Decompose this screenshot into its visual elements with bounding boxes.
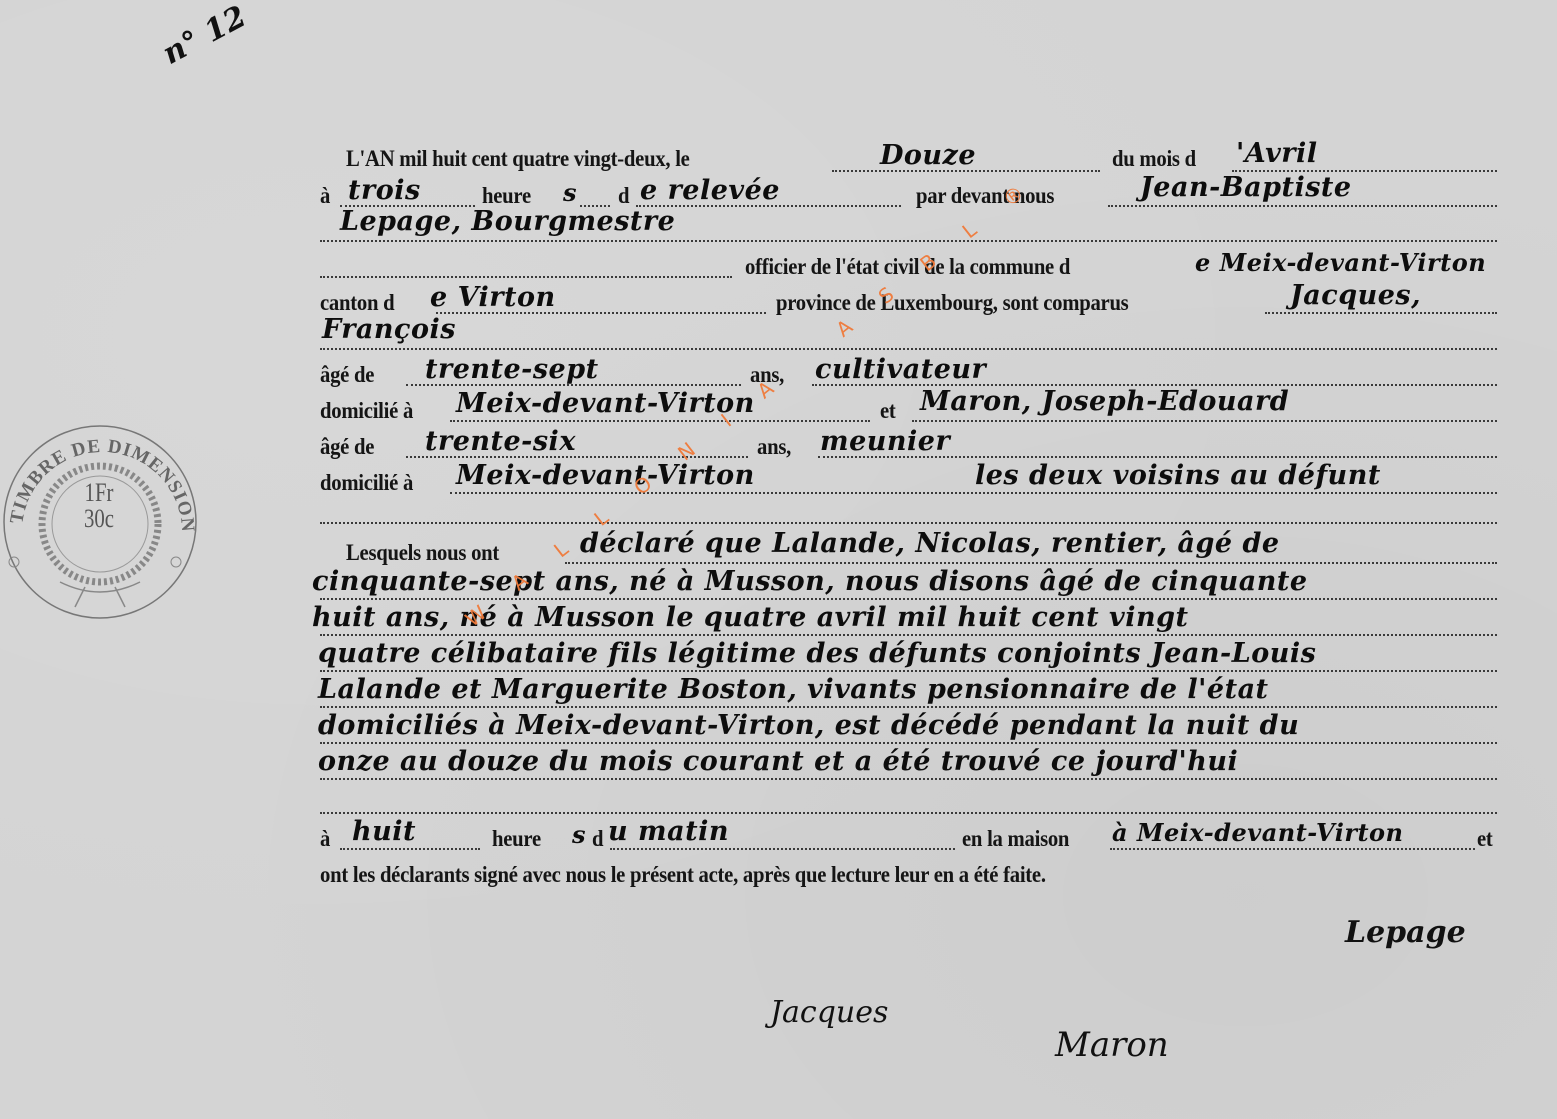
printed-text: canton d [320,290,394,316]
fill-line [1265,312,1497,314]
fill-line [565,562,1497,564]
fill-line [1110,848,1475,850]
fill-line [320,276,732,278]
fill-line [1108,205,1497,207]
handwritten-officer-firstname: Jean-Baptiste [1140,172,1352,203]
stamp-francs: 1Fr [71,480,127,506]
fill-line [912,420,1497,422]
handwritten-declaration: déclaré que Lalande, Nicolas, rentier, â… [580,528,1280,559]
printed-text: et [880,398,896,424]
printed-text: d [592,826,603,852]
handwritten-declarant1-age: trente-sept [425,354,599,385]
printed-text: à [320,826,330,852]
handwritten-relationship: les deux voisins au défunt [975,460,1381,491]
fill-line [320,670,1497,672]
fill-line [610,848,955,850]
declarant2-signature: Maron [1055,1025,1169,1065]
fill-line [450,492,1497,494]
handwritten-period: e relevée [640,175,780,206]
printed-text: en la maison [962,826,1069,852]
handwritten-declarant2-domicile: Meix-devant-Virton [456,460,755,491]
fill-line [320,742,1497,744]
handwritten-time-of-day: u matin [608,816,729,847]
handwritten-hour: huit [352,816,416,847]
printed-text: domicilié à [320,398,413,424]
handwritten-declarant1-profession: cultivateur [815,354,986,385]
handwritten-hour: trois [348,175,421,206]
handwritten-narrative: cinquante-sept ans, né à Musson, nous di… [312,566,1308,597]
handwritten-narrative: Lalande et Marguerite Boston, vivants pe… [318,674,1269,705]
handwritten-suffix: s [572,820,586,849]
declarant1-signature: Jacques [770,995,888,1030]
printed-text: à [320,183,330,209]
handwritten-narrative: huit ans, né à Musson le quatre avril mi… [312,602,1188,633]
fill-line [320,634,1497,636]
printed-text: âgé de [320,362,374,388]
handwritten-officer-name: Lepage, Bourgmestre [340,206,675,237]
handwritten-suffix: s [563,178,577,207]
handwritten-narrative: domiciliés à Meix-devant-Virton, est déc… [318,710,1299,741]
handwritten-place: à Meix-devant-Virton [1112,818,1404,847]
handwritten-declarant1-surname: Jacques, [1290,280,1421,311]
printed-text: L'AN mil huit cent quatre vingt-deux, le [346,146,690,172]
handwritten-month: 'Avril [1236,138,1318,169]
fill-line [340,848,480,850]
handwritten-declarant1-domicile: Meix-devant-Virton [456,388,755,419]
stamp-centimes: 30c [71,506,127,532]
printed-text: et [1477,826,1493,852]
handwritten-declarant2-age: trente-six [425,426,576,457]
handwritten-day: Douze [880,140,976,171]
document-page: n° 12 TIMBRE DE DIMENSION. 1Fr 30c L'AN … [0,0,1557,1119]
fill-line [320,778,1497,780]
handwritten-commune: e Meix-devant-Virton [1195,248,1486,277]
stamp-value: 1Fr 30c [71,480,127,532]
blank-fill-line [320,522,1497,524]
printed-text: domicilié à [320,470,413,496]
handwritten-declarant1-firstname: François [322,314,456,345]
handwritten-narrative: quatre célibataire fils légitime des déf… [318,638,1316,669]
handwritten-declarant2-name: Maron, Joseph-Edouard [920,386,1289,417]
printed-text: province de Luxembourg, sont comparus [776,290,1128,316]
handwritten-canton: e Virton [430,282,556,313]
printed-closing: ont les déclarants signé avec nous le pr… [320,862,1046,888]
officer-signature-name: Lepage [1345,915,1466,950]
blank-fill-line [320,812,1497,814]
fill-line [320,706,1497,708]
fill-line [450,420,870,422]
printed-text: âgé de [320,434,374,460]
printed-text: ans, [757,434,791,460]
printed-text: heure [492,826,541,852]
fill-line [320,240,1497,242]
printed-text: du mois d [1112,146,1196,172]
fill-line [320,348,1497,350]
handwritten-narrative: onze au douze du mois courant et a été t… [318,746,1238,777]
printed-text: Lesquels nous ont [346,540,499,566]
handwritten-declarant2-profession: meunier [820,426,950,457]
